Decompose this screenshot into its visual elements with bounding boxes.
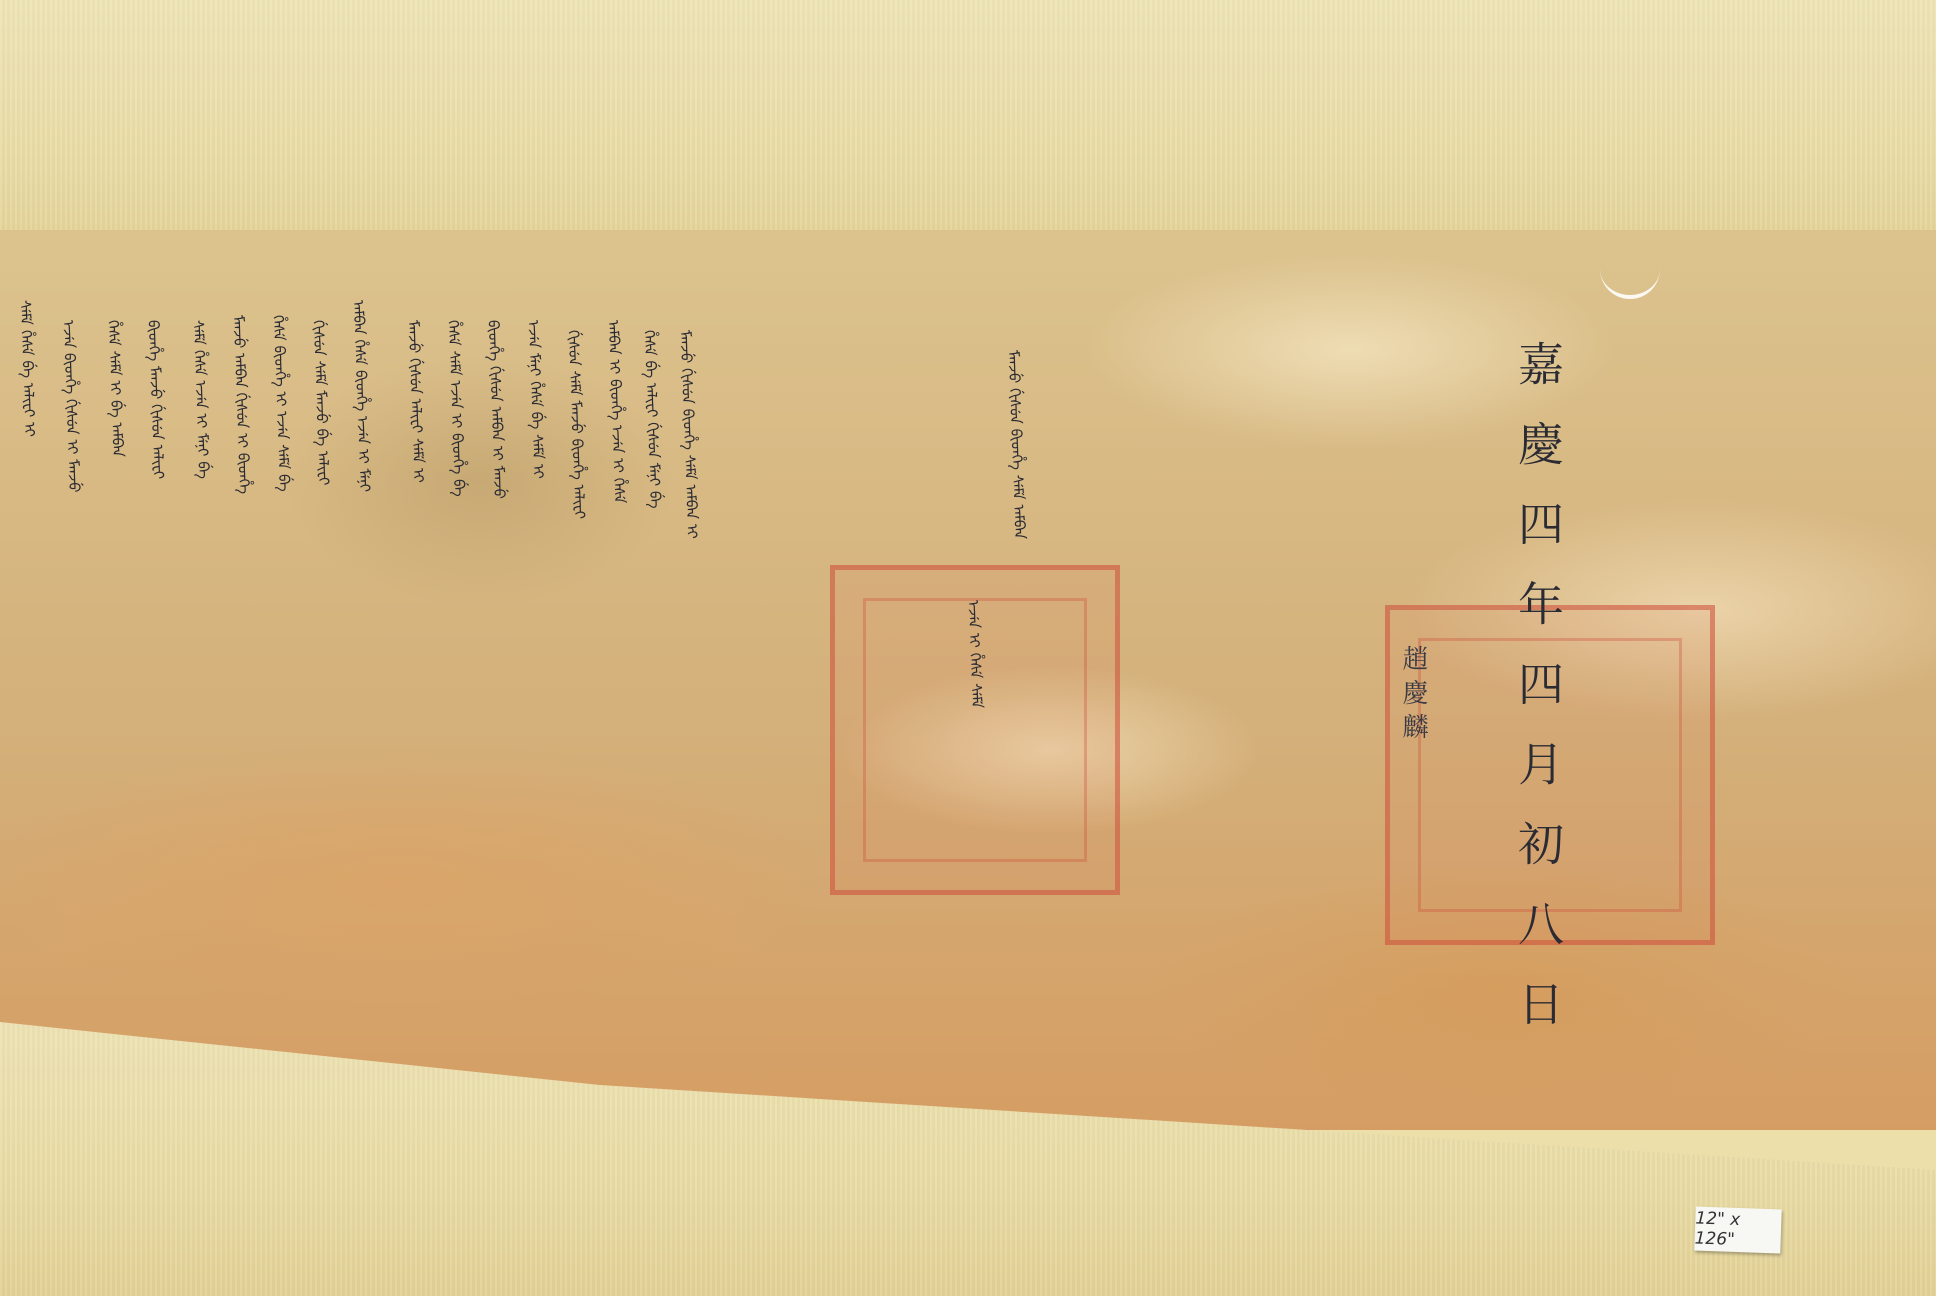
- signer-name: 趙慶麟: [1395, 645, 1432, 747]
- size-label: 12" x 126": [1694, 1207, 1781, 1254]
- chinese-date-column: 嘉慶四年四月初八日: [1505, 340, 1571, 1060]
- top-mat: [0, 0, 1936, 260]
